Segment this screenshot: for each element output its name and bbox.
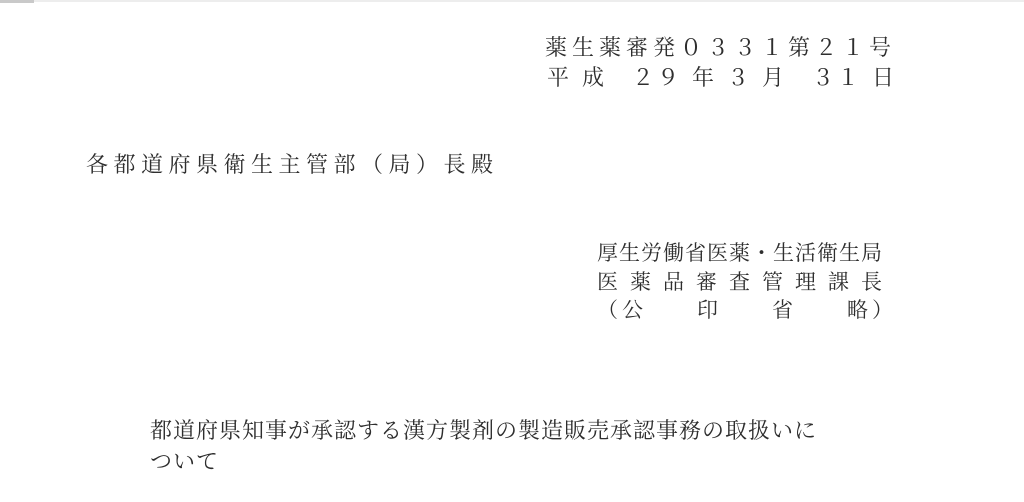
sender-organization: 厚生労働省医薬・生活衛生局: [597, 239, 897, 268]
document-date: 平 成 ２９ 年 ３ 月 ３１ 日: [547, 61, 897, 92]
sender-block: 厚生労働省医薬・生活衛生局 医薬品審査管理課長 （公 印 省 略）: [597, 239, 897, 325]
document-number: 薬生薬審発０３３１第２１号: [545, 31, 896, 62]
scan-artifact-corner: [0, 0, 34, 3]
subject-title: 都道府県知事が承認する漢方製剤の製造販売承認事務の取扱いに ついて: [150, 416, 817, 478]
subject-line-1: 都道府県知事が承認する漢方製剤の製造販売承認事務の取扱いに: [150, 416, 817, 447]
subject-line-2: ついて: [150, 447, 817, 478]
addressee-line: 各都道府県衛生主管部（局）長殿: [86, 148, 499, 179]
official-seal-omitted-note: （公 印 省 略）: [597, 296, 897, 325]
scan-artifact-top-edge: [0, 0, 1024, 2]
sender-title: 医薬品審査管理課長: [597, 268, 897, 297]
document-page: 薬生薬審発０３３１第２１号 平 成 ２９ 年 ３ 月 ３１ 日 各都道府県衛生主…: [0, 0, 1024, 502]
